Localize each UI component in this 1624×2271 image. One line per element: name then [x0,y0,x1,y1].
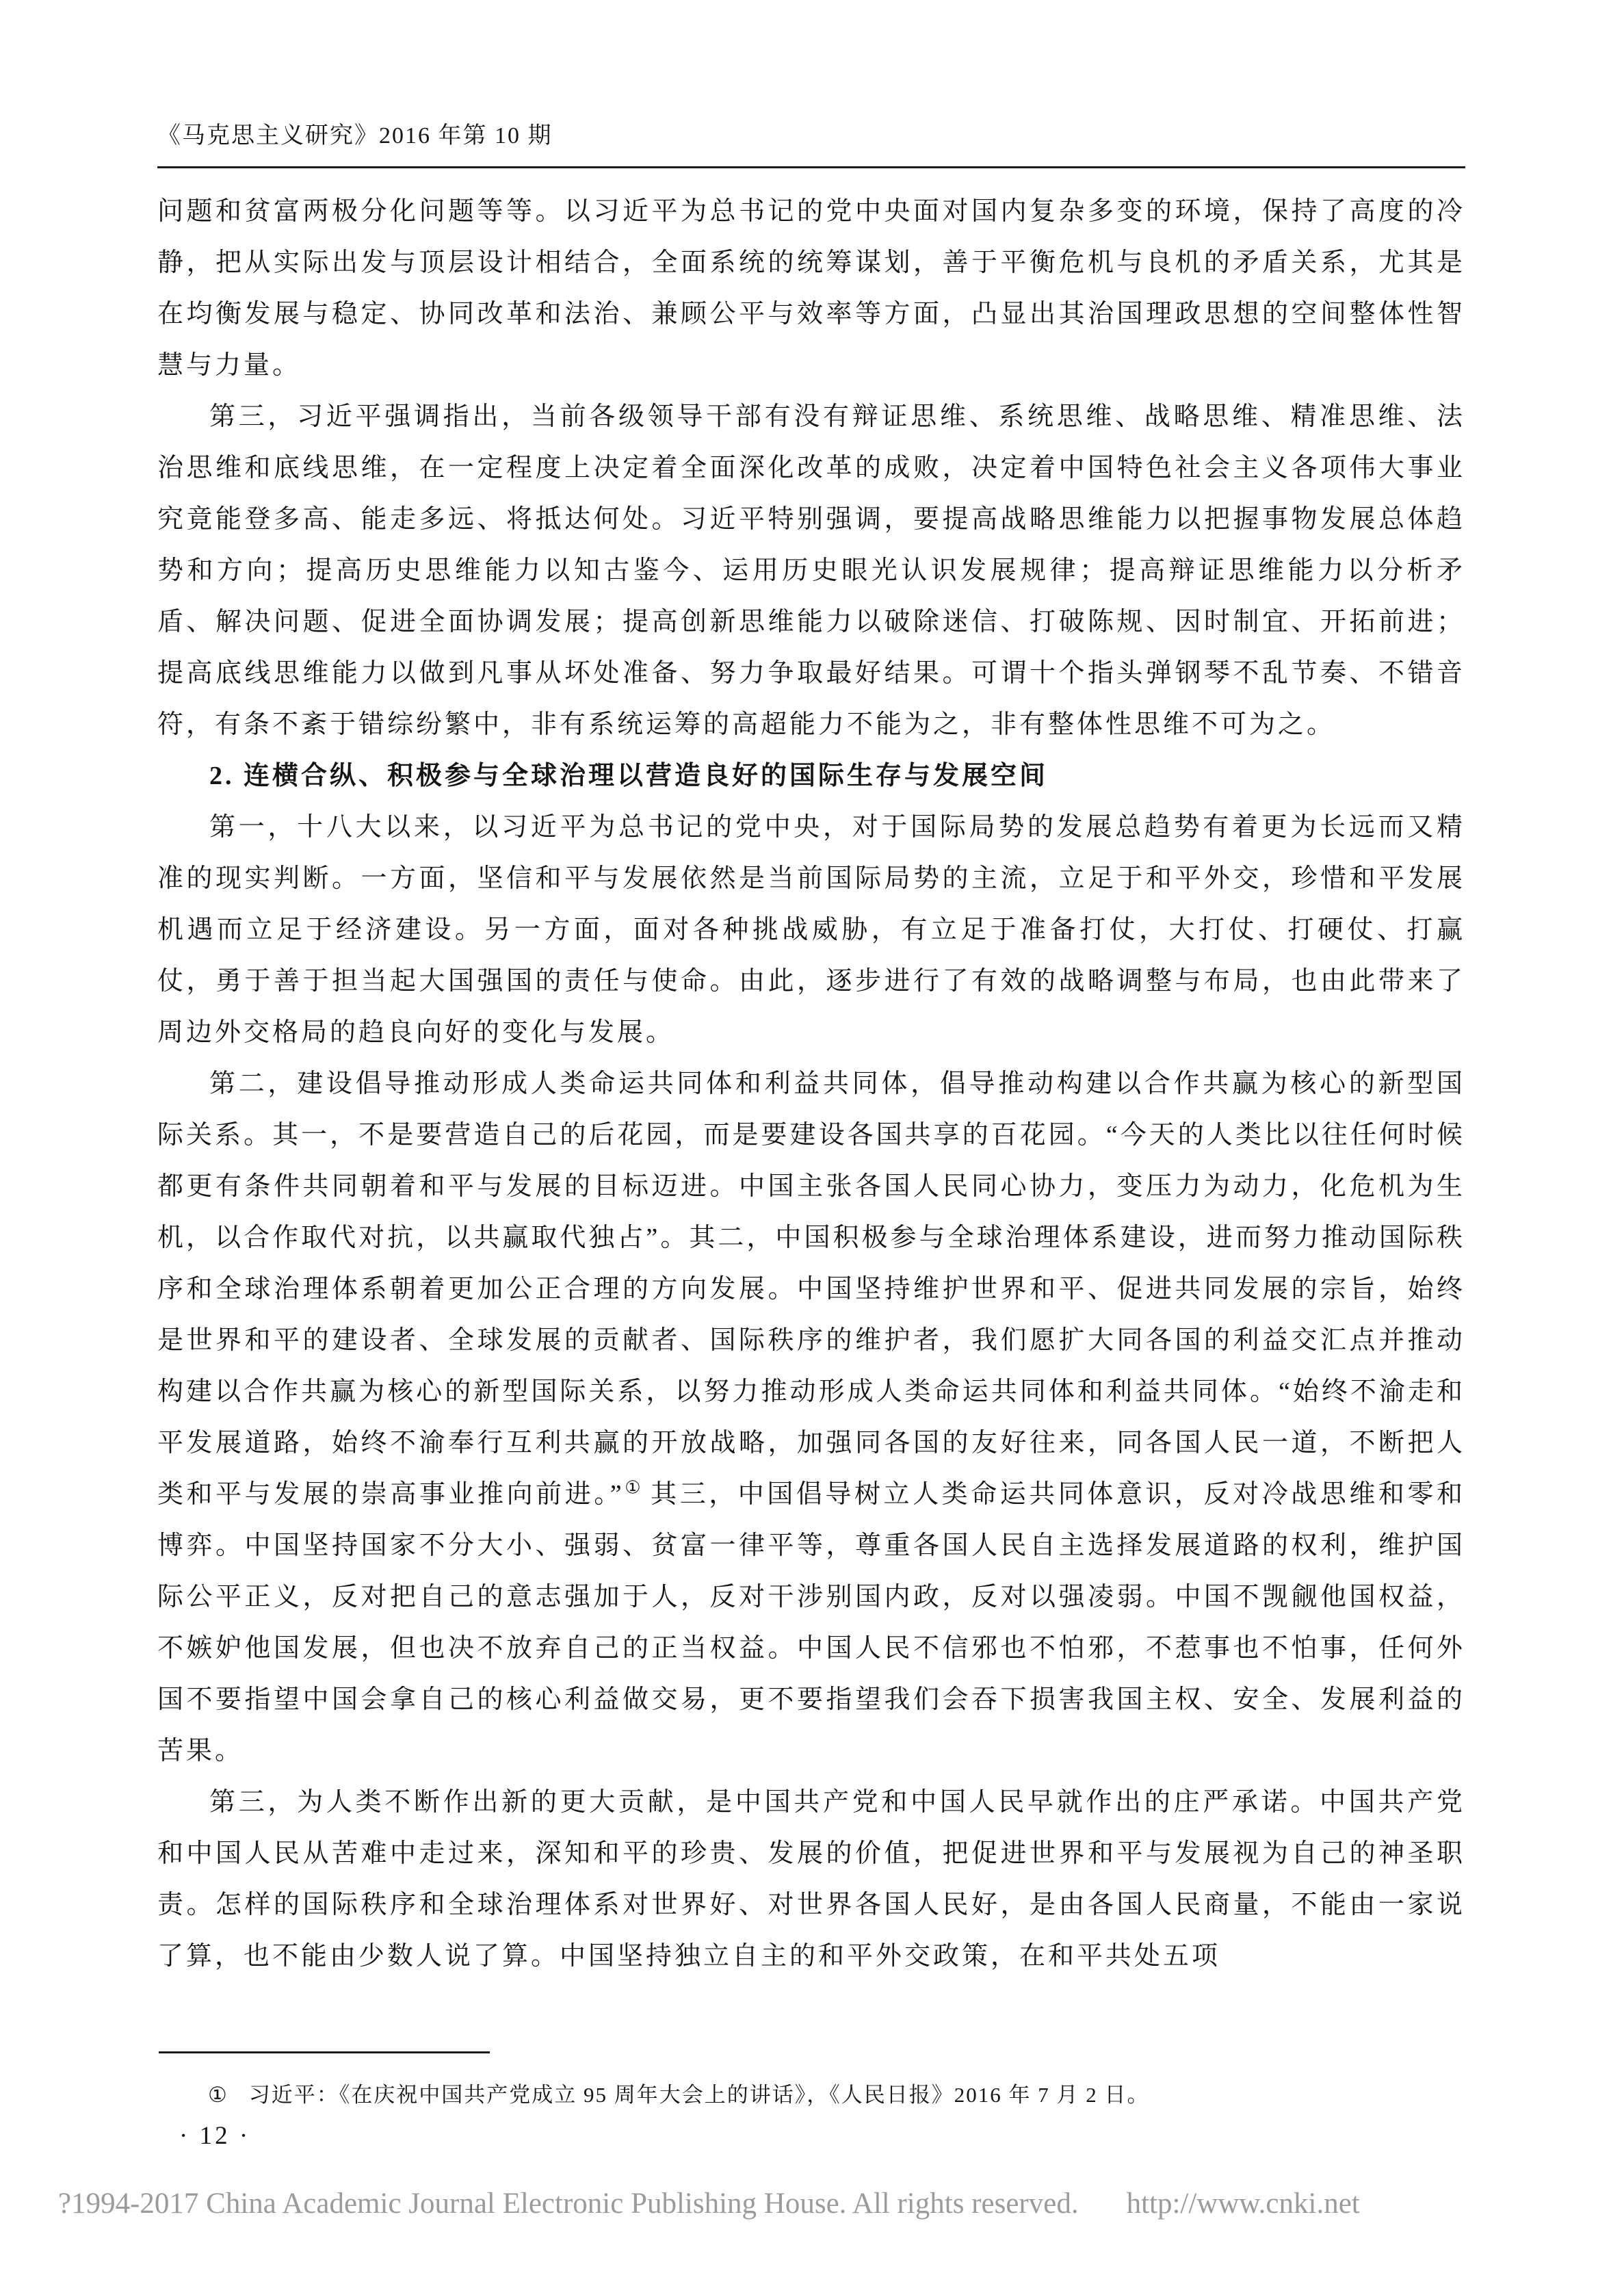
section-heading-global-governance: 2. 连横合纵、积极参与全球治理以营造良好的国际生存与发展空间 [157,751,1465,802]
journal-issue-header: 《马克思主义研究》2016 年第 10 期 [157,116,553,150]
footnote-marker: ① [208,2079,228,2112]
paragraph-second-point: 第二，建设倡导推动形成人类命运共同体和利益共同体，倡导推动构建以合作共赢为核心的… [157,1059,1465,1777]
cnki-url: http://www.cnki.net [1127,2188,1360,2220]
copyright-bar: ?1994-2017 China Academic Journal Electr… [58,2187,1604,2220]
paragraph-continuation: 问题和贫富两极分化问题等等。以习近平为总书记的党中央面对国内复杂多变的环境，保持… [157,186,1465,391]
footnote-reference-mark: ① [625,1477,641,1497]
paragraph-second-point-text-b: 其三，中国倡导树立人类命运共同体意识，反对冷战思维和零和博弈。中国坚持国家不分大… [157,1480,1465,1765]
footnote: ①习近平：《在庆祝中国共产党成立 95 周年大会上的讲话》，《人民日报》2016… [159,2079,1467,2112]
page-number: · 12 · [179,2121,250,2151]
paragraph-dialectical-thinking: 第三，习近平强调指出，当前各级领导干部有没有辩证思维、系统思维、战略思维、精准思… [157,391,1465,751]
footnote-text: 习近平：《在庆祝中国共产党成立 95 周年大会上的讲话》，《人民日报》2016 … [249,2083,1150,2107]
paragraph-third-point: 第三，为人类不断作出新的更大贡献，是中国共产党和中国人民早就作出的庄严承诺。中国… [157,1777,1465,1982]
journal-page: 《马克思主义研究》2016 年第 10 期 问题和贫富两极分化问题等等。以习近平… [0,0,1624,2271]
header-divider [157,166,1465,168]
article-body: 问题和贫富两极分化问题等等。以习近平为总书记的党中央面对国内复杂多变的环境，保持… [157,186,1465,1982]
paragraph-second-point-text-a: 第二，建设倡导推动形成人类命运共同体和利益共同体，倡导推动构建以合作共赢为核心的… [157,1069,1465,1509]
copyright-text: ?1994-2017 China Academic Journal Electr… [58,2188,1079,2220]
footnote-divider [159,2051,490,2053]
paragraph-first-point: 第一，十八大以来，以习近平为总书记的党中央，对于国际局势的发展总趋势有着更为长远… [157,802,1465,1059]
